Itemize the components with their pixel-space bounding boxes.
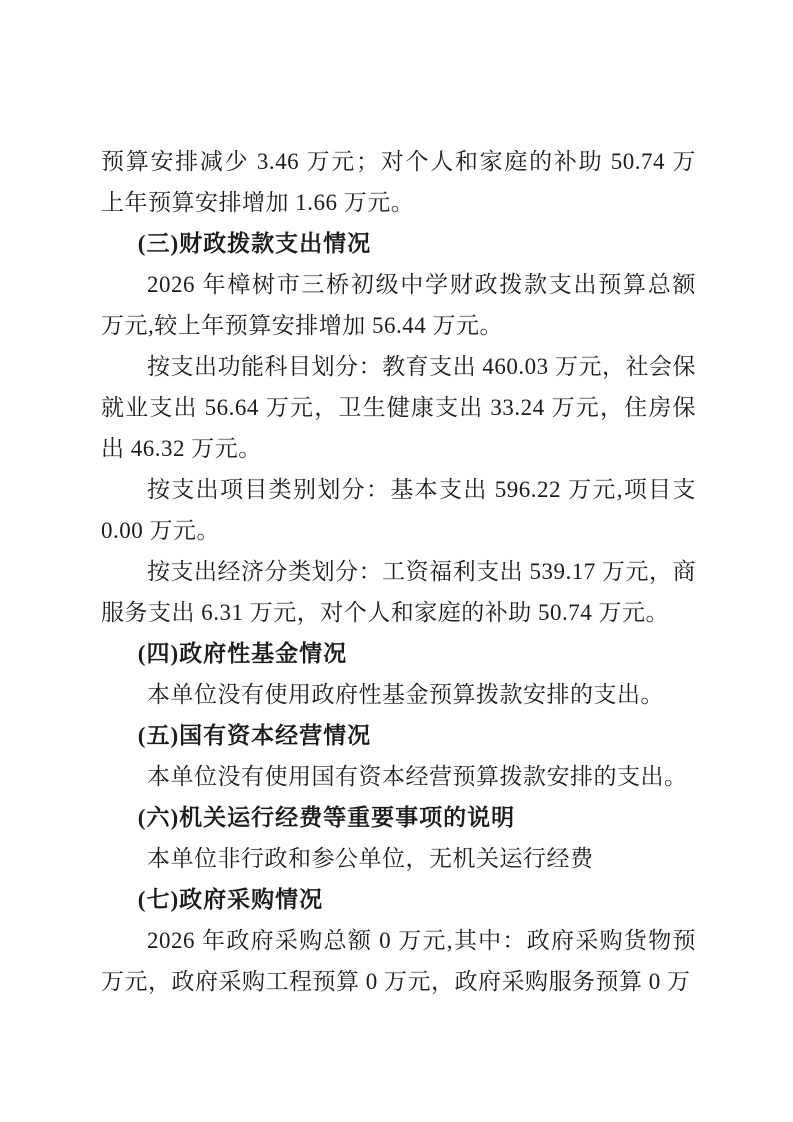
text-line: 万元,较上年预算安排增加 56.44 万元。	[101, 305, 696, 346]
section-heading: (七)政府采购情况	[101, 879, 696, 920]
text-line: 按支出项目类别划分：基本支出 596.22 万元,项目支出	[101, 469, 696, 510]
document-content: 预算安排减少 3.46 万元；对个人和家庭的补助 50.74 万元，较上年预算安…	[101, 141, 696, 1002]
text-line: 2026 年樟树市三桥初级中学财政拨款支出预算总额596.22	[101, 264, 696, 305]
text-line: 本单位没有使用国有资本经营预算拨款安排的支出。	[101, 756, 696, 797]
section-heading: (四)政府性基金情况	[101, 633, 696, 674]
text-line: 0.00 万元。	[101, 510, 696, 551]
text-line: 按支出功能科目划分：教育支出 460.03 万元，社会保障和	[101, 346, 696, 387]
text-line: 万元，政府采购工程预算 0 万元，政府采购服务预算 0 万元。	[101, 961, 696, 1002]
section-heading: (三)财政拨款支出情况	[101, 223, 696, 264]
text-line: 服务支出 6.31 万元，对个人和家庭的补助 50.74 万元。	[101, 592, 696, 633]
text-line: 按支出经济分类划分：工资福利支出 539.17 万元，商品和	[101, 551, 696, 592]
text-line: 本单位非行政和参公单位，无机关运行经费	[101, 838, 696, 879]
text-line: 上年预算安排增加 1.66 万元。	[101, 182, 696, 223]
text-line: 就业支出 56.64 万元，卫生健康支出 33.24 万元，住房保障支	[101, 387, 696, 428]
section-heading: (六)机关运行经费等重要事项的说明	[101, 797, 696, 838]
document-page: 预算安排减少 3.46 万元；对个人和家庭的补助 50.74 万元，较上年预算安…	[0, 0, 793, 1122]
text-line: 出 46.32 万元。	[101, 428, 696, 469]
text-line: 2026 年政府采购总额 0 万元,其中：政府采购货物预算	[101, 920, 696, 961]
section-heading: (五)国有资本经营情况	[101, 715, 696, 756]
text-line: 本单位没有使用政府性基金预算拨款安排的支出。	[101, 674, 696, 715]
text-line: 预算安排减少 3.46 万元；对个人和家庭的补助 50.74 万元，较	[101, 141, 696, 182]
